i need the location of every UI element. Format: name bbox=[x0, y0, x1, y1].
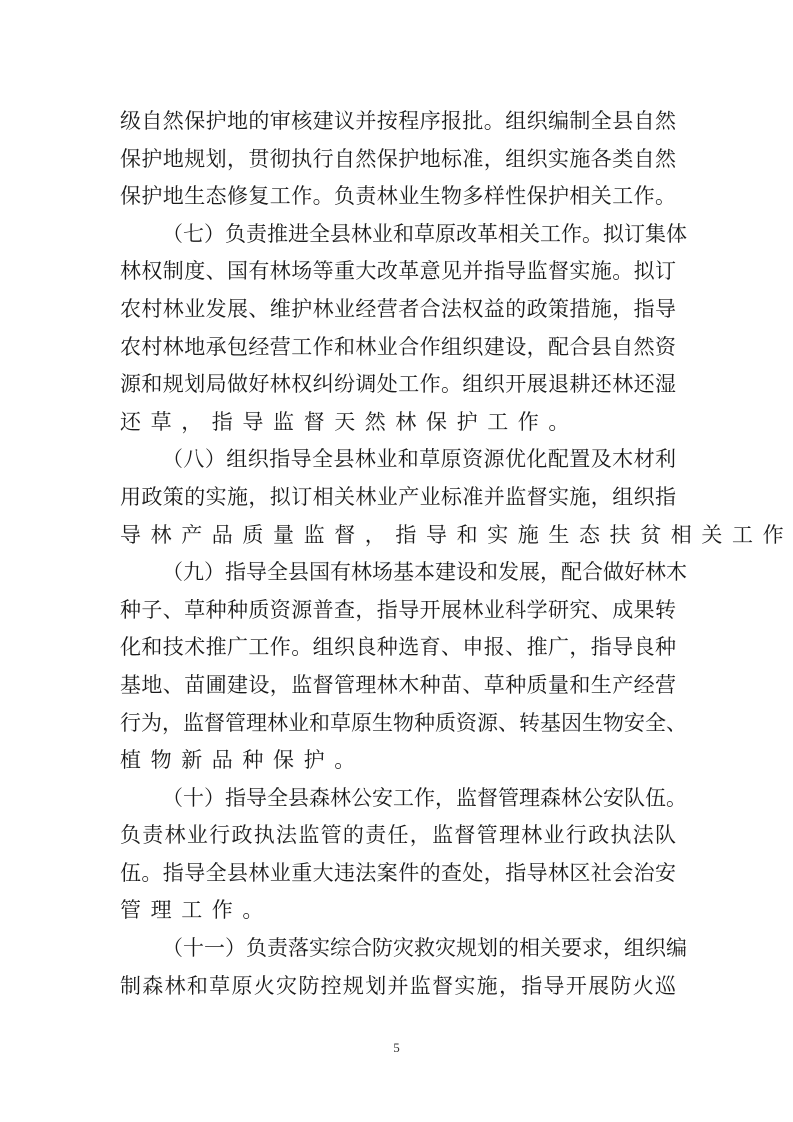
document-body: 级自然保护地的审核建议并按程序报批。组织编制全县自然 保护地规划，贯彻执行自然保… bbox=[120, 103, 676, 1005]
text-line: 导林产品质量监督，指导和实施生态扶贫相关工作。 bbox=[120, 517, 676, 555]
paragraph-heading-9: （九）指导全县国有林场基本建设和发展，配合做好林木 bbox=[120, 554, 676, 592]
text-line: 级自然保护地的审核建议并按程序报批。组织编制全县自然 bbox=[120, 103, 676, 141]
text-line: 林权制度、国有林场等重大改革意见并指导监督实施。拟订 bbox=[120, 253, 676, 291]
text-line: 伍。指导全县林业重大违法案件的查处，指导林区社会治安 bbox=[120, 855, 676, 893]
paragraph-heading-11: （十一）负责落实综合防灾救灾规划的相关要求，组织编 bbox=[120, 930, 676, 968]
text-line: 负责林业行政执法监管的责任，监督管理林业行政执法队 bbox=[120, 817, 676, 855]
text-line: 保护地规划，贯彻执行自然保护地标准，组织实施各类自然 bbox=[120, 141, 676, 179]
text-line: 农村林业发展、维护林业经营者合法权益的政策措施，指导 bbox=[120, 291, 676, 329]
text-line: 基地、苗圃建设，监督管理林木种苗、草种质量和生产经营 bbox=[120, 667, 676, 705]
text-line: 还草，指导监督天然林保护工作。 bbox=[120, 404, 676, 442]
text-line: 化和技术推广工作。组织良种选育、申报、推广，指导良种 bbox=[120, 629, 676, 667]
text-line: 制森林和草原火灾防控规划并监督实施，指导开展防火巡 bbox=[120, 968, 676, 1006]
text-line: 植物新品种保护。 bbox=[120, 742, 676, 780]
paragraph-heading-7: （七）负责推进全县林业和草原改革相关工作。拟订集体 bbox=[120, 216, 676, 254]
paragraph-heading-10: （十）指导全县森林公安工作，监督管理森林公安队伍。 bbox=[120, 780, 676, 818]
text-line: 种子、草种种质资源普查，指导开展林业科学研究、成果转 bbox=[120, 592, 676, 630]
text-line: 源和规划局做好林权纠纷调处工作。组织开展退耕还林还湿 bbox=[120, 366, 676, 404]
text-line: 用政策的实施，拟订相关林业产业标准并监督实施，组织指 bbox=[120, 479, 676, 517]
text-line: 农村林地承包经营工作和林业合作组织建设，配合县自然资 bbox=[120, 329, 676, 367]
paragraph-heading-8: （八）组织指导全县林业和草原资源优化配置及木材利 bbox=[120, 441, 676, 479]
text-line: 管理工作。 bbox=[120, 892, 676, 930]
text-line: 保护地生态修复工作。负责林业生物多样性保护相关工作。 bbox=[120, 178, 676, 216]
page-number: 5 bbox=[0, 1040, 793, 1056]
text-line: 行为，监督管理林业和草原生物种质资源、转基因生物安全、 bbox=[120, 705, 676, 743]
